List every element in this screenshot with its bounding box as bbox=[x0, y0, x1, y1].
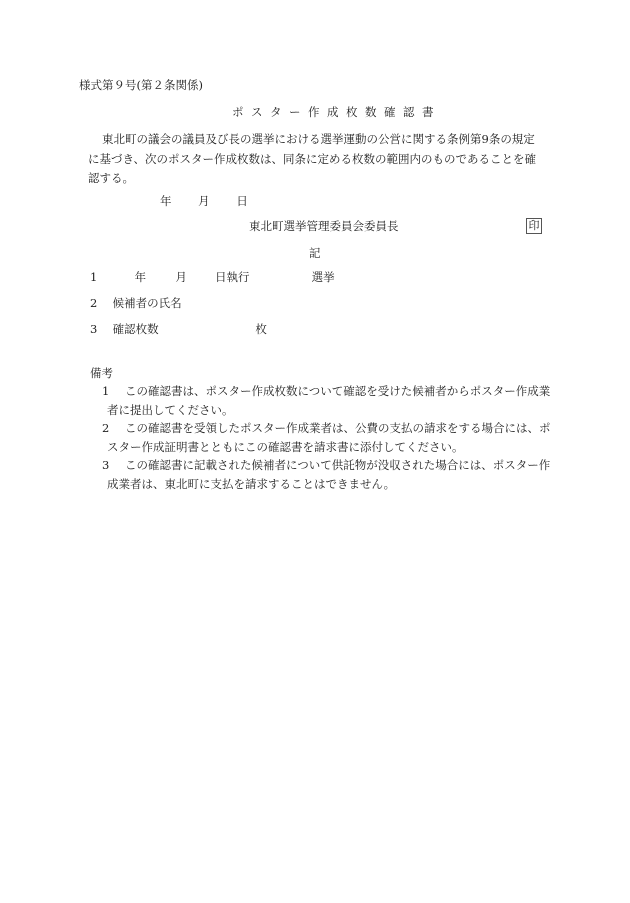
ki-heading: 記 bbox=[309, 248, 321, 260]
issuer: 東北町選挙管理委員会委員長 bbox=[249, 221, 399, 233]
item-year: 年 bbox=[135, 272, 172, 284]
item-month: 月 bbox=[175, 272, 211, 284]
item-number: 3 bbox=[90, 324, 109, 336]
form-number: 様式第９号(第２条関係) bbox=[79, 80, 203, 92]
note-text: この確認書に記載された候補者について供託物が没収された場合には、ポスター作 bbox=[125, 458, 550, 472]
item-day-held: 日執行 bbox=[215, 272, 308, 284]
item-label: 確認枚数 bbox=[113, 324, 252, 336]
body-line: 東北町の議会の議員及び長の選挙における選挙運動の公営に関する条例第9条の規定 bbox=[88, 130, 556, 150]
note-text: この確認書は、ポスター作成枚数について確認を受けた候補者からポスター作成業 bbox=[125, 384, 550, 398]
item-election: 選挙 bbox=[312, 270, 335, 284]
date-year: 年 bbox=[160, 196, 172, 208]
note-number: 3 bbox=[96, 456, 125, 475]
note-text-cont: 者に提出してください。 bbox=[96, 401, 556, 420]
date-day: 日 bbox=[236, 196, 248, 208]
item-1: 1 年 月 日執行 選挙 bbox=[90, 272, 335, 284]
document-title: ポスター作成枚数確認書 bbox=[232, 107, 441, 119]
date-month: 月 bbox=[198, 196, 210, 208]
note-1: 1この確認書は、ポスター作成枚数について確認を受けた候補者からポスター作成業 者… bbox=[96, 382, 556, 419]
note-3: 3この確認書に記載された候補者について供託物が没収された場合には、ポスター作 成… bbox=[96, 456, 556, 493]
item-label: 候補者の氏名 bbox=[113, 296, 182, 310]
note-text-cont: スター作成証明書とともにこの確認書を請求書に添付してください。 bbox=[96, 438, 556, 457]
note-2: 2この確認書を受領したポスター作成業者は、公費の支払の請求をする場合には、ポ ス… bbox=[96, 419, 556, 456]
body-line: に基づき、次のポスター作成枚数は、同条に定める枚数の範囲内のものであることを確 bbox=[88, 150, 556, 170]
item-number: 1 bbox=[90, 272, 109, 284]
note-number: 1 bbox=[96, 382, 125, 401]
item-unit: 枚 bbox=[255, 322, 267, 336]
item-2: 2 候補者の氏名 bbox=[90, 298, 182, 310]
body-line: 認する。 bbox=[88, 169, 556, 189]
note-number: 2 bbox=[96, 419, 125, 438]
date-line: 年 月 日 bbox=[160, 196, 271, 208]
item-number: 2 bbox=[90, 298, 109, 310]
body-paragraph: 東北町の議会の議員及び長の選挙における選挙運動の公営に関する条例第9条の規定 に… bbox=[88, 130, 556, 189]
seal-mark: 印 bbox=[526, 218, 542, 234]
note-text: この確認書を受領したポスター作成業者は、公費の支払の請求をする場合には、ポ bbox=[125, 421, 551, 435]
note-text-cont: 成業者は、東北町に支払を請求することはできません。 bbox=[96, 475, 556, 494]
item-3: 3 確認枚数 枚 bbox=[90, 324, 267, 336]
notes-heading: 備考 bbox=[90, 368, 113, 380]
